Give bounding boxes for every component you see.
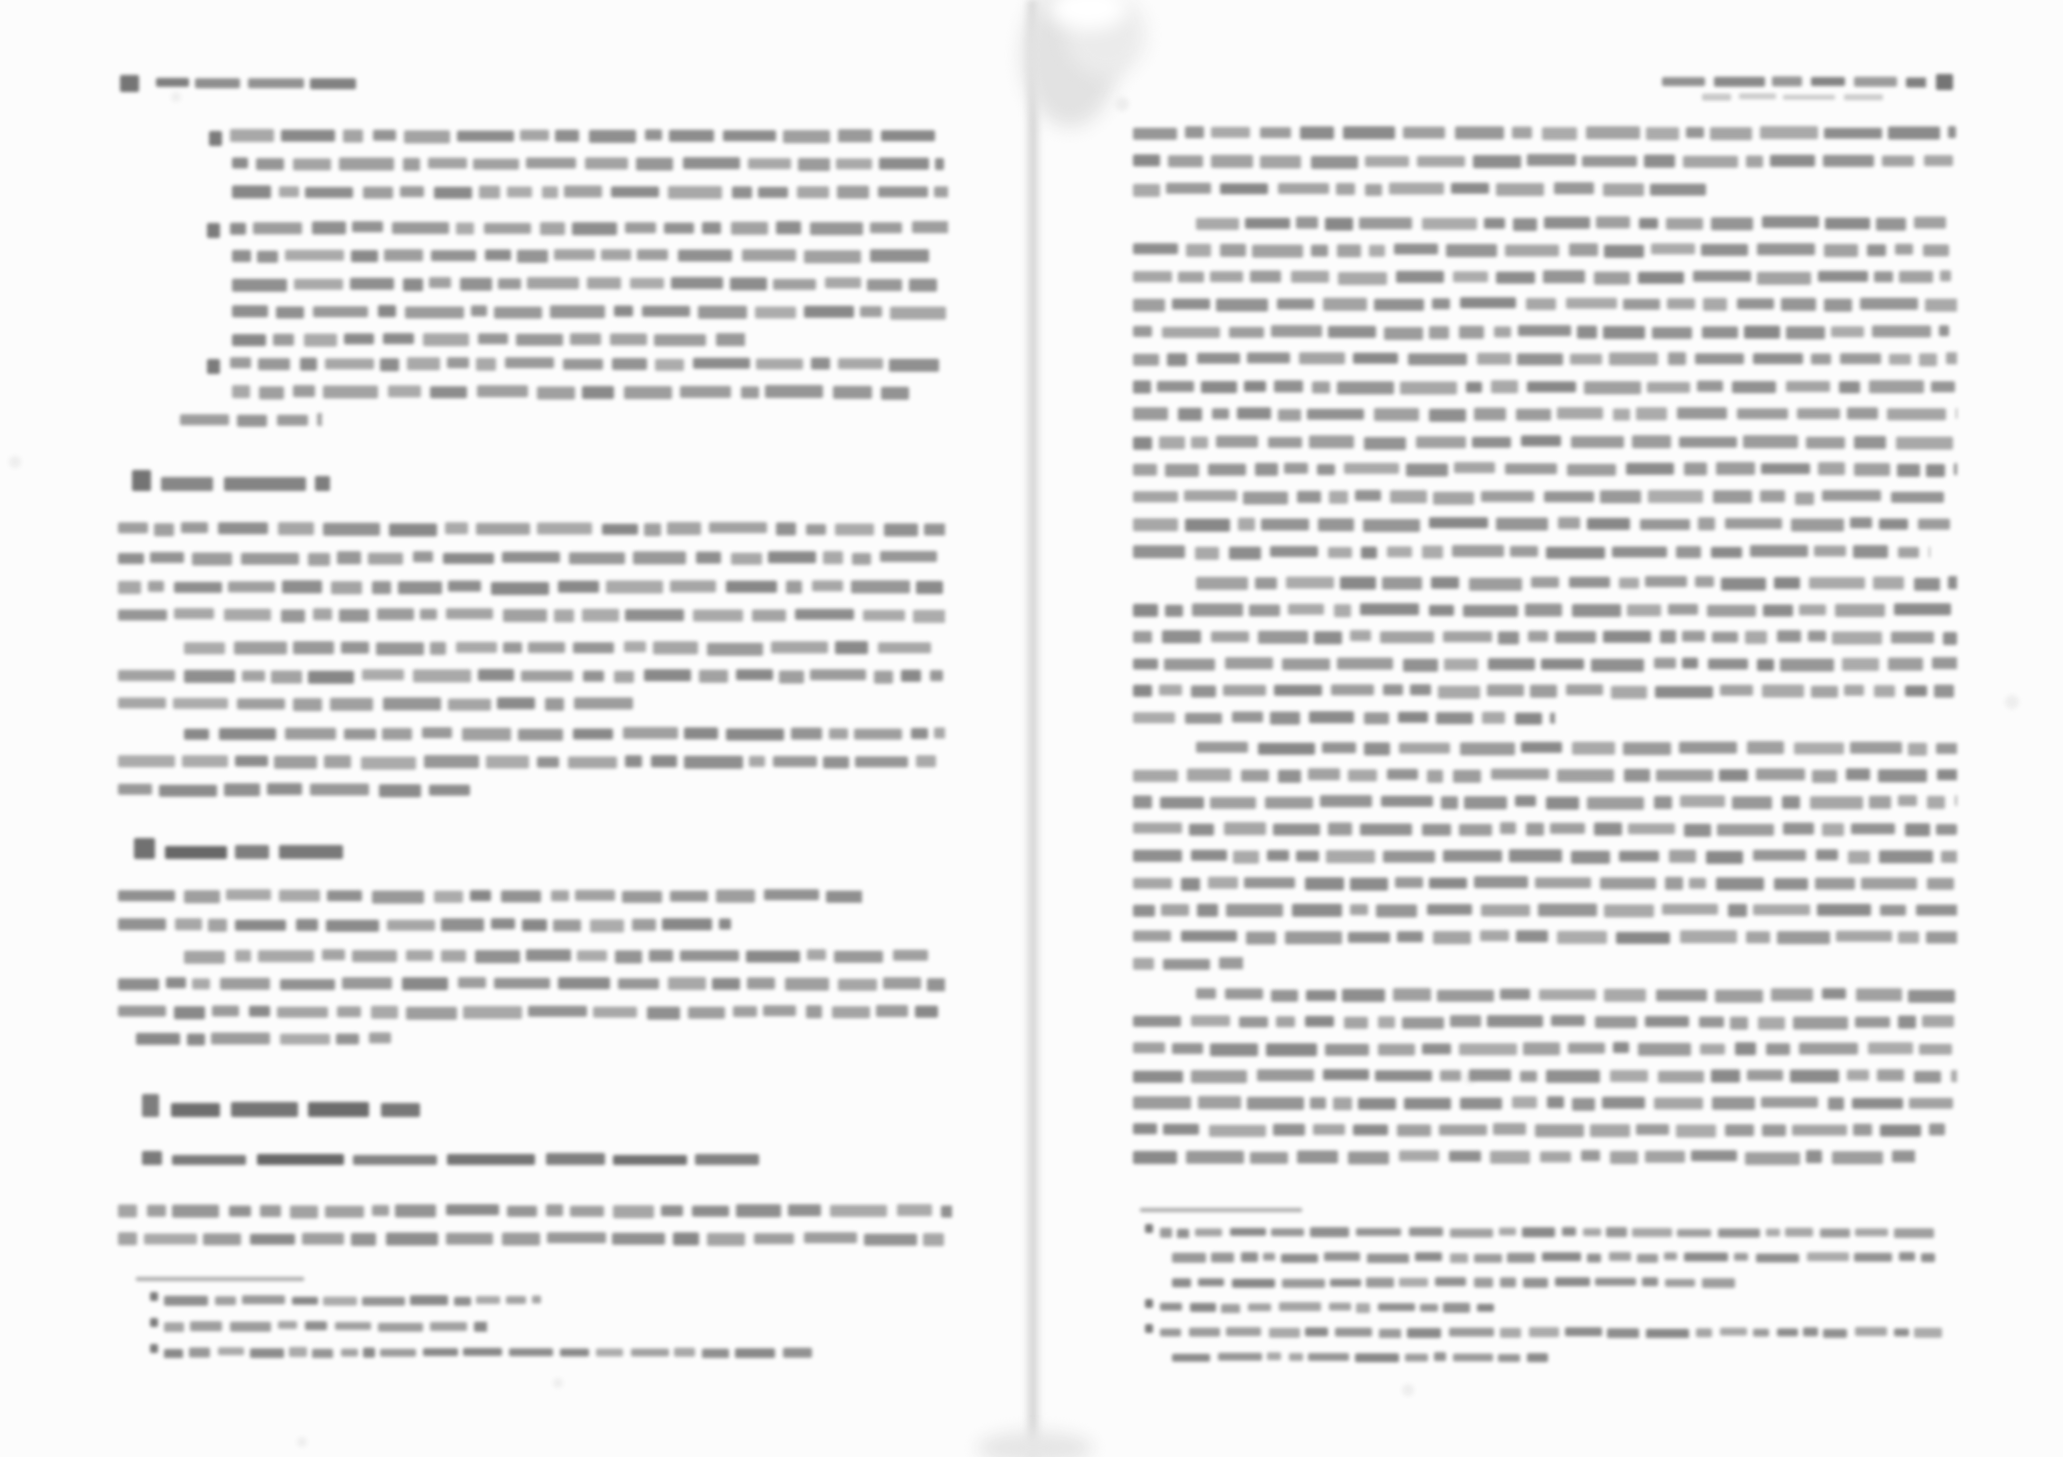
ink-blob bbox=[1757, 243, 1815, 255]
ink-blob bbox=[1133, 299, 1165, 312]
ink-blob bbox=[1642, 1277, 1658, 1286]
ink-blob bbox=[696, 552, 721, 564]
text-line bbox=[1196, 988, 1957, 1003]
ink-blob bbox=[1680, 795, 1725, 807]
ink-blob bbox=[884, 523, 918, 536]
text-line bbox=[1133, 126, 1957, 141]
ink-blob bbox=[602, 524, 638, 535]
ink-blob bbox=[1628, 823, 1675, 834]
ink-blob bbox=[1929, 546, 1930, 558]
ink-blob bbox=[680, 386, 731, 398]
ink-blob bbox=[716, 890, 755, 903]
ink-blob bbox=[1496, 183, 1544, 196]
text-line bbox=[230, 357, 948, 372]
ink-blob bbox=[1195, 547, 1219, 560]
ink-blob bbox=[1936, 824, 1957, 835]
ink-blob bbox=[476, 1296, 500, 1304]
ink-blob bbox=[1774, 577, 1800, 589]
ink-blob bbox=[924, 524, 945, 536]
ink-blob bbox=[1500, 989, 1530, 1000]
ink-blob bbox=[1333, 1097, 1352, 1110]
ink-blob bbox=[1168, 155, 1203, 167]
ink-blob bbox=[1828, 1097, 1844, 1110]
ink-blob bbox=[773, 279, 816, 290]
ink-blob bbox=[1455, 126, 1504, 139]
ink-blob bbox=[1189, 824, 1214, 836]
ink-blob bbox=[1245, 218, 1290, 229]
ink-blob bbox=[478, 333, 508, 344]
text-line bbox=[142, 1151, 762, 1165]
ink-blob bbox=[1191, 1015, 1230, 1026]
ink-blob bbox=[339, 158, 394, 171]
ink-blob bbox=[1604, 245, 1644, 258]
ink-blob bbox=[1433, 492, 1474, 505]
ink-blob bbox=[1288, 604, 1324, 615]
ink-blob bbox=[381, 1103, 420, 1117]
ink-blob bbox=[463, 1348, 502, 1356]
ink-blob bbox=[228, 581, 275, 592]
ink-blob bbox=[1277, 299, 1314, 310]
ink-blob bbox=[1882, 156, 1914, 167]
ink-blob bbox=[271, 671, 302, 684]
ink-blob bbox=[881, 387, 909, 400]
ink-blob bbox=[1343, 126, 1395, 139]
ink-blob bbox=[1212, 408, 1229, 419]
ink-blob bbox=[290, 1206, 318, 1219]
ink-blob bbox=[855, 756, 908, 767]
ink-blob bbox=[1667, 298, 1695, 309]
ink-blob bbox=[1906, 78, 1926, 88]
ink-blob bbox=[1539, 989, 1596, 1000]
ink-blob bbox=[1133, 878, 1172, 889]
ink-blob bbox=[1927, 878, 1954, 890]
ink-blob bbox=[1665, 877, 1683, 890]
ink-blob bbox=[1777, 931, 1830, 944]
ink-blob bbox=[164, 1349, 183, 1358]
ink-blob bbox=[424, 755, 479, 768]
ink-blob bbox=[1572, 604, 1621, 617]
ink-blob bbox=[1328, 326, 1376, 338]
ink-blob bbox=[341, 642, 369, 654]
ink-blob bbox=[1645, 1151, 1685, 1163]
ink-blob bbox=[1453, 770, 1481, 783]
ink-blob bbox=[1267, 1352, 1281, 1360]
ink-blob bbox=[1932, 657, 1957, 669]
ink-blob bbox=[429, 785, 470, 796]
ink-blob bbox=[203, 1233, 241, 1245]
ink-blob bbox=[1824, 299, 1852, 312]
ink-blob bbox=[372, 891, 424, 904]
ink-blob bbox=[590, 919, 624, 932]
ink-blob bbox=[1380, 631, 1434, 643]
ink-blob bbox=[218, 1347, 244, 1355]
ink-blob bbox=[1535, 1124, 1584, 1137]
ink-blob bbox=[1296, 217, 1318, 229]
ink-blob bbox=[1322, 742, 1356, 753]
ink-blob bbox=[1270, 712, 1300, 725]
ink-blob bbox=[1402, 1017, 1444, 1029]
ink-blob bbox=[1133, 518, 1178, 531]
ink-blob bbox=[456, 642, 497, 653]
ink-blob bbox=[462, 728, 511, 741]
ink-blob bbox=[736, 669, 773, 680]
ink-blob bbox=[118, 784, 152, 795]
text-line bbox=[1133, 768, 1957, 783]
ink-blob bbox=[1312, 381, 1330, 393]
ink-blob bbox=[1613, 1042, 1629, 1053]
ink-blob bbox=[1133, 545, 1185, 558]
ink-blob bbox=[1410, 684, 1431, 695]
ink-blob bbox=[1258, 743, 1315, 755]
ink-blob bbox=[1133, 823, 1182, 834]
ink-blob bbox=[1914, 217, 1946, 229]
ink-blob bbox=[1133, 243, 1178, 254]
ink-blob bbox=[1555, 631, 1596, 643]
ink-blob bbox=[400, 186, 424, 197]
ink-blob bbox=[1515, 713, 1542, 725]
ink-blob bbox=[1855, 1327, 1887, 1336]
ink-blob bbox=[395, 1204, 436, 1217]
ink-blob bbox=[1921, 1253, 1935, 1262]
ink-blob bbox=[1571, 436, 1624, 448]
ink-blob bbox=[498, 278, 521, 289]
ink-blob bbox=[1797, 408, 1840, 419]
ink-blob bbox=[1894, 1228, 1934, 1238]
ink-blob bbox=[563, 359, 603, 370]
text-line bbox=[156, 77, 372, 90]
ink-blob bbox=[142, 1151, 162, 1165]
text-line bbox=[1133, 243, 1957, 258]
ink-blob bbox=[323, 1297, 357, 1306]
ink-blob bbox=[230, 129, 274, 142]
ink-blob bbox=[879, 158, 929, 170]
ink-blob bbox=[752, 610, 786, 622]
ink-blob bbox=[838, 979, 877, 991]
ink-blob bbox=[1282, 1279, 1325, 1288]
ink-blob bbox=[292, 1297, 318, 1305]
ink-blob bbox=[649, 950, 673, 962]
ink-blob bbox=[554, 609, 574, 622]
ink-blob bbox=[242, 1295, 285, 1304]
footnote-number-mark bbox=[1145, 1299, 1153, 1308]
text-line bbox=[1133, 822, 1957, 837]
ink-blob bbox=[441, 950, 466, 962]
ink-blob bbox=[211, 1033, 270, 1045]
ink-blob bbox=[613, 1205, 654, 1218]
ink-blob bbox=[1477, 1304, 1494, 1312]
ink-blob bbox=[1610, 1070, 1648, 1082]
ink-blob bbox=[224, 477, 306, 491]
ink-blob bbox=[1595, 1016, 1637, 1028]
ink-blob bbox=[1869, 380, 1924, 393]
footnote-separator bbox=[1140, 1208, 1302, 1212]
ink-blob bbox=[343, 130, 363, 143]
text-line bbox=[118, 669, 945, 684]
ink-blob bbox=[807, 949, 826, 960]
ink-blob bbox=[491, 582, 549, 595]
ink-blob bbox=[229, 1206, 251, 1217]
ink-blob bbox=[876, 1005, 908, 1017]
ink-blob bbox=[1389, 183, 1444, 195]
ink-blob bbox=[1292, 904, 1342, 917]
ink-blob bbox=[1753, 353, 1803, 364]
ink-blob bbox=[624, 386, 672, 399]
ink-blob bbox=[1566, 298, 1617, 309]
ink-blob bbox=[474, 1322, 487, 1332]
ink-blob bbox=[278, 1321, 297, 1329]
text-line bbox=[1133, 380, 1957, 395]
ink-blob bbox=[422, 727, 452, 738]
ink-blob bbox=[618, 978, 659, 989]
ink-blob bbox=[118, 698, 166, 709]
ink-blob bbox=[941, 1206, 952, 1218]
ink-blob bbox=[1806, 437, 1845, 449]
ink-blob bbox=[1898, 931, 1919, 943]
ink-blob bbox=[614, 306, 633, 317]
ink-blob bbox=[812, 580, 843, 591]
ink-blob bbox=[1449, 1328, 1494, 1337]
ink-blob bbox=[1198, 1096, 1241, 1109]
ink-blob bbox=[1877, 1069, 1904, 1081]
ink-blob bbox=[623, 727, 678, 739]
footnote-separator bbox=[136, 1277, 304, 1281]
ink-blob bbox=[1482, 712, 1505, 724]
text-line bbox=[1133, 957, 1243, 972]
ink-blob bbox=[1404, 1098, 1451, 1110]
ink-blob bbox=[1133, 464, 1157, 476]
text-line bbox=[134, 838, 345, 859]
text-line bbox=[1133, 297, 1957, 312]
ink-blob bbox=[1677, 1229, 1711, 1237]
ink-blob bbox=[1397, 1124, 1431, 1136]
ink-blob bbox=[312, 221, 346, 234]
ink-blob bbox=[1356, 1228, 1401, 1236]
ink-blob bbox=[325, 1206, 364, 1218]
ink-blob bbox=[1374, 299, 1424, 311]
ink-blob bbox=[837, 186, 869, 199]
ink-blob bbox=[1909, 1098, 1953, 1109]
ink-blob bbox=[279, 186, 299, 197]
text-line bbox=[1133, 154, 1957, 169]
ink-blob bbox=[1781, 298, 1816, 311]
ink-blob bbox=[870, 222, 902, 233]
ink-blob bbox=[1756, 768, 1805, 780]
ink-blob bbox=[798, 158, 830, 171]
ink-blob bbox=[1518, 325, 1571, 336]
ink-blob bbox=[1400, 382, 1457, 395]
ink-blob bbox=[352, 221, 383, 232]
ink-blob bbox=[1225, 988, 1263, 999]
ink-blob bbox=[1939, 325, 1949, 336]
ink-blob bbox=[596, 1349, 623, 1357]
ink-blob bbox=[1329, 1303, 1351, 1311]
ink-blob bbox=[1818, 271, 1868, 282]
ink-blob bbox=[867, 279, 902, 291]
ink-blob bbox=[927, 978, 945, 991]
ink-blob bbox=[1438, 686, 1480, 699]
ink-blob bbox=[1587, 797, 1644, 810]
ink-blob bbox=[402, 977, 448, 990]
ink-blob bbox=[1216, 436, 1258, 448]
ink-blob bbox=[1860, 298, 1918, 310]
ink-blob bbox=[1529, 1327, 1559, 1337]
ink-blob bbox=[250, 1234, 295, 1245]
ink-blob bbox=[248, 78, 304, 88]
ink-blob bbox=[1309, 711, 1354, 723]
ink-blob bbox=[528, 642, 565, 653]
text-line bbox=[1133, 849, 1957, 864]
text-line bbox=[1133, 795, 1957, 810]
ink-blob bbox=[1898, 1016, 1916, 1029]
ink-blob bbox=[118, 1232, 137, 1245]
page-number-blob bbox=[120, 75, 139, 92]
ink-blob bbox=[1816, 849, 1838, 860]
ink-blob bbox=[712, 978, 740, 990]
ink-blob bbox=[1133, 604, 1158, 617]
ink-blob bbox=[732, 186, 752, 198]
ink-blob bbox=[568, 757, 617, 769]
ink-blob bbox=[1512, 1096, 1537, 1108]
ink-blob bbox=[1940, 270, 1951, 281]
ink-blob bbox=[476, 523, 530, 535]
ink-blob bbox=[1760, 490, 1785, 502]
ink-blob bbox=[1761, 463, 1810, 474]
ink-blob bbox=[1847, 1070, 1869, 1081]
ink-blob bbox=[1393, 988, 1431, 1001]
text-line bbox=[164, 1347, 823, 1358]
ink-blob bbox=[184, 642, 225, 654]
ink-blob bbox=[554, 249, 595, 260]
ink-blob bbox=[1160, 1228, 1172, 1238]
ink-blob bbox=[1453, 1354, 1493, 1362]
ink-blob bbox=[327, 890, 362, 901]
ink-blob bbox=[1334, 604, 1351, 617]
ink-blob bbox=[1191, 1070, 1247, 1083]
ink-blob bbox=[1528, 631, 1548, 642]
ink-blob bbox=[1197, 904, 1218, 917]
ink-blob bbox=[1512, 127, 1532, 139]
ink-blob bbox=[1323, 1069, 1369, 1080]
ink-blob bbox=[1230, 1228, 1266, 1236]
ink-blob bbox=[190, 1321, 222, 1331]
ink-blob bbox=[280, 979, 335, 990]
ink-blob bbox=[1867, 244, 1886, 256]
ink-blob bbox=[1291, 271, 1329, 283]
ink-blob bbox=[1487, 684, 1524, 696]
ink-blob bbox=[256, 158, 284, 170]
ink-blob bbox=[632, 919, 656, 931]
ink-blob bbox=[733, 1006, 757, 1017]
ink-blob bbox=[1851, 823, 1895, 834]
ink-blob bbox=[1257, 1069, 1314, 1081]
ink-blob bbox=[835, 524, 874, 536]
ink-blob bbox=[934, 728, 945, 739]
ink-blob bbox=[1679, 742, 1737, 754]
ink-blob bbox=[1267, 850, 1289, 861]
ink-blob bbox=[1879, 850, 1933, 863]
ink-blob bbox=[1817, 904, 1871, 916]
ink-blob bbox=[182, 755, 228, 767]
ink-blob bbox=[1758, 1017, 1785, 1030]
ink-blob bbox=[502, 1233, 540, 1246]
ink-blob bbox=[478, 669, 514, 681]
ink-blob bbox=[1233, 851, 1259, 864]
ink-blob bbox=[1713, 490, 1752, 503]
ink-blob bbox=[1278, 183, 1329, 194]
ink-blob bbox=[351, 1233, 376, 1246]
ink-blob bbox=[1285, 931, 1342, 944]
ink-blob bbox=[1337, 658, 1393, 670]
ink-blob bbox=[1265, 797, 1313, 809]
ink-blob bbox=[570, 333, 601, 345]
ink-blob bbox=[1210, 1043, 1258, 1056]
ink-blob bbox=[118, 670, 175, 681]
ink-blob bbox=[1699, 1017, 1724, 1028]
ink-blob bbox=[136, 1033, 180, 1045]
ink-blob bbox=[285, 728, 336, 740]
ink-blob bbox=[446, 1204, 499, 1215]
ink-blob bbox=[1133, 712, 1175, 723]
ink-blob bbox=[1296, 851, 1319, 862]
ink-blob bbox=[1847, 407, 1878, 419]
ink-blob bbox=[1823, 1329, 1847, 1338]
ink-blob bbox=[1284, 463, 1308, 474]
ink-blob bbox=[1510, 546, 1538, 557]
ink-blob bbox=[1172, 299, 1210, 310]
ink-blob bbox=[1320, 795, 1372, 807]
ink-blob bbox=[726, 581, 777, 593]
ink-blob bbox=[1507, 1253, 1535, 1263]
ink-blob bbox=[383, 697, 441, 710]
ink-blob bbox=[1550, 823, 1585, 834]
ink-blob bbox=[1278, 409, 1301, 421]
ink-blob bbox=[1839, 381, 1860, 393]
ink-blob bbox=[1133, 958, 1154, 970]
ink-blob bbox=[448, 699, 491, 711]
ink-blob bbox=[384, 249, 423, 261]
ink-blob bbox=[1211, 1253, 1234, 1263]
ink-blob bbox=[1305, 1327, 1328, 1336]
ink-blob bbox=[1840, 353, 1881, 364]
ink-blob bbox=[1159, 685, 1182, 696]
ink-blob bbox=[1719, 769, 1748, 781]
ink-blob bbox=[788, 1204, 821, 1216]
ink-blob bbox=[1861, 878, 1917, 890]
ink-blob bbox=[1924, 155, 1953, 166]
ink-blob bbox=[1433, 931, 1471, 944]
ink-blob bbox=[1879, 519, 1908, 530]
text-line bbox=[164, 1321, 487, 1332]
ink-blob bbox=[174, 608, 214, 619]
ink-blob bbox=[165, 846, 227, 859]
ink-blob bbox=[1378, 1016, 1395, 1028]
ink-blob bbox=[1887, 408, 1946, 420]
ink-blob bbox=[1521, 742, 1562, 753]
ink-blob bbox=[1271, 990, 1298, 1002]
text-line bbox=[1160, 1302, 1497, 1313]
text-line bbox=[136, 1032, 392, 1047]
ink-blob bbox=[707, 1233, 745, 1246]
ink-blob bbox=[1133, 1071, 1183, 1083]
ink-blob bbox=[1835, 604, 1885, 617]
ink-blob bbox=[392, 222, 449, 234]
ink-blob bbox=[302, 1233, 344, 1245]
ink-blob bbox=[601, 249, 631, 260]
ink-blob bbox=[1185, 126, 1204, 138]
footnote-number-mark bbox=[1145, 1324, 1153, 1333]
ink-blob bbox=[1646, 1329, 1689, 1338]
text-line bbox=[118, 551, 945, 566]
